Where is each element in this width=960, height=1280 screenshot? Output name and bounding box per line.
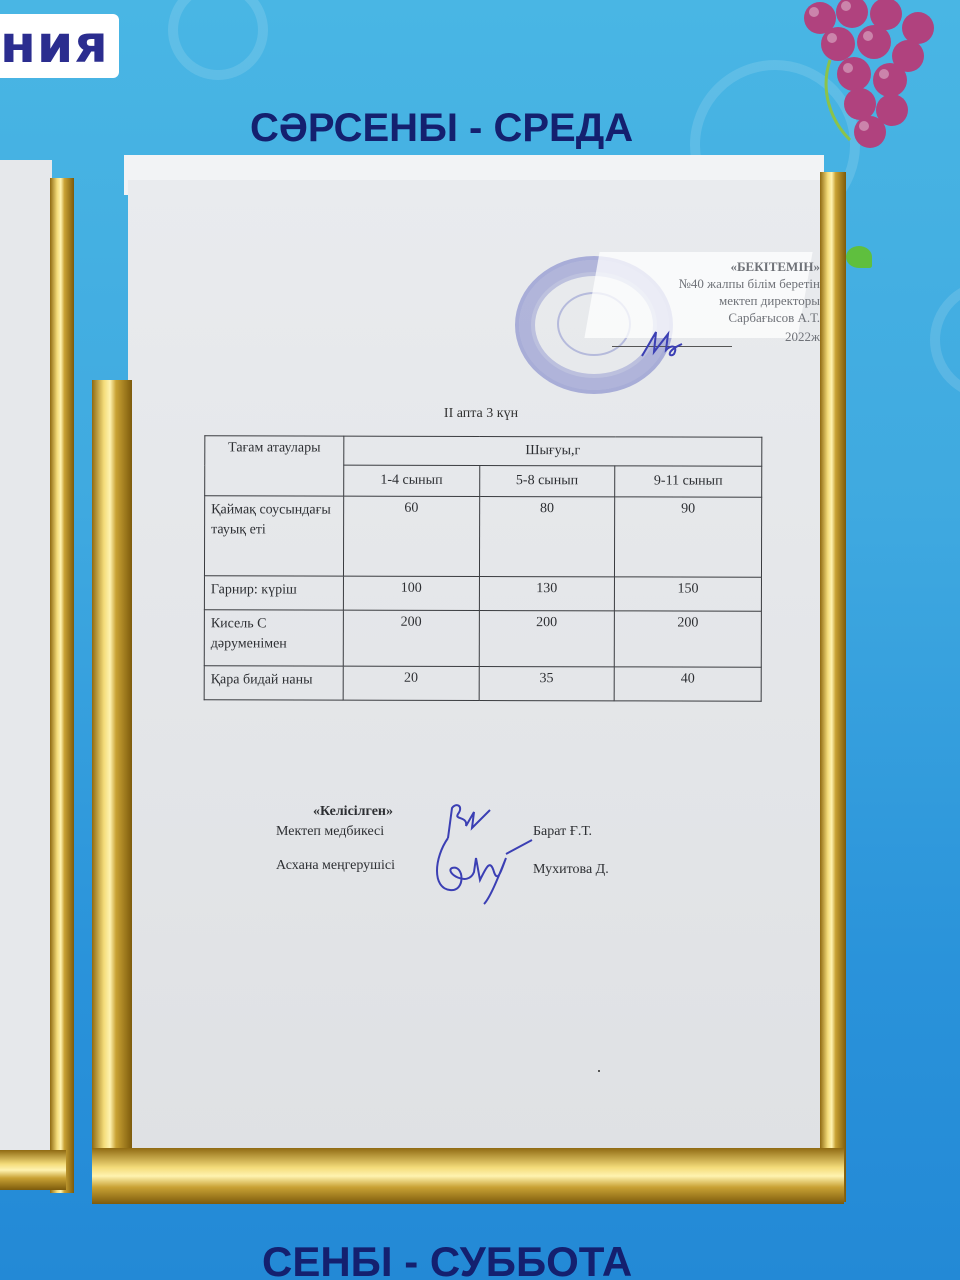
grapes-decoration-icon — [790, 0, 960, 170]
dish-name: Гарнир: күріш — [204, 576, 343, 610]
header-dish-name: Тағам атаулары — [205, 436, 344, 496]
dish-name: Қаймақ соусындағы тауық еті — [204, 496, 343, 576]
canteen-signature-icon — [428, 828, 538, 908]
portion-value: 200 — [614, 611, 761, 667]
day-heading-wednesday: СӘРСЕНБІ - СРЕДА — [250, 106, 633, 151]
approval-line: №40 жалпы білім беретін — [679, 275, 820, 292]
paper-speck — [598, 1070, 600, 1072]
portion-value: 130 — [479, 576, 615, 610]
header-grade-9-11: 9-11 сынып — [615, 466, 762, 497]
menu-table: Тағам атаулары Шығуы,г 1-4 сынып 5-8 сын… — [204, 435, 763, 701]
portion-value: 100 — [343, 576, 479, 610]
portion-value: 60 — [343, 496, 479, 576]
dish-name: Қара бидай наны — [204, 666, 343, 700]
nurse-role: Мектеп медбикесі — [276, 824, 384, 839]
agreed-block: «Келісілген» Мектеп медбикесі — [276, 802, 418, 842]
left-frame-bottom — [0, 1150, 66, 1190]
nurse-name: Барат Ғ.Т. — [533, 824, 592, 840]
portion-value: 90 — [615, 497, 762, 577]
canteen-head-name: Мухитова Д. — [533, 862, 609, 878]
header-grade-5-8: 5-8 сынып — [479, 465, 615, 496]
table-row: Қара бидай наны 20 35 40 — [204, 666, 761, 701]
frame-left-edge — [92, 380, 132, 1190]
leaf-decoration-icon — [846, 246, 872, 268]
frame-right-edge — [820, 172, 846, 1202]
approval-heading: «БЕКІТЕМІН» — [679, 258, 820, 275]
table-row: Кисель С дәруменімен 200 200 200 — [204, 610, 761, 667]
header-grade-1-4: 1-4 сынып — [344, 465, 480, 496]
table-row: Қаймақ соусындағы тауық еті 60 80 90 — [204, 496, 761, 577]
portion-value: 200 — [479, 610, 615, 666]
portion-value: 200 — [343, 610, 479, 666]
portion-value: 20 — [343, 666, 479, 700]
dish-name: Кисель С дәруменімен — [204, 610, 343, 666]
canteen-head-role: Асхана меңгерушісі — [276, 858, 395, 874]
portion-value: 40 — [614, 667, 761, 701]
portion-value: 80 — [479, 496, 615, 576]
frame-bottom-edge — [92, 1148, 844, 1204]
left-menu-sheet — [0, 160, 52, 1150]
menu-title: II апта 3 күн — [0, 406, 960, 422]
approval-date: 2022ж — [679, 328, 820, 345]
portion-value: 150 — [614, 577, 761, 611]
banner-title-fragment: ния — [0, 14, 119, 78]
table-row: Гарнир: күріш 100 130 150 — [204, 576, 761, 611]
approval-line: мектеп директоры — [679, 292, 820, 309]
header-portion-group: Шығуы,г — [344, 436, 762, 466]
day-heading-saturday: СЕНБІ - СУББОТА — [262, 1238, 632, 1280]
approval-block: «БЕКІТЕМІН» №40 жалпы білім беретін мект… — [679, 258, 820, 345]
portion-value: 35 — [479, 666, 615, 700]
agreed-heading: «Келісілген» — [288, 802, 418, 822]
approval-director: Сарбағысов А.Т. — [679, 309, 820, 326]
left-frame-edge — [50, 178, 74, 1193]
decorative-swirl — [930, 280, 960, 400]
decorative-swirl — [168, 0, 268, 80]
director-signature-icon — [638, 326, 688, 360]
